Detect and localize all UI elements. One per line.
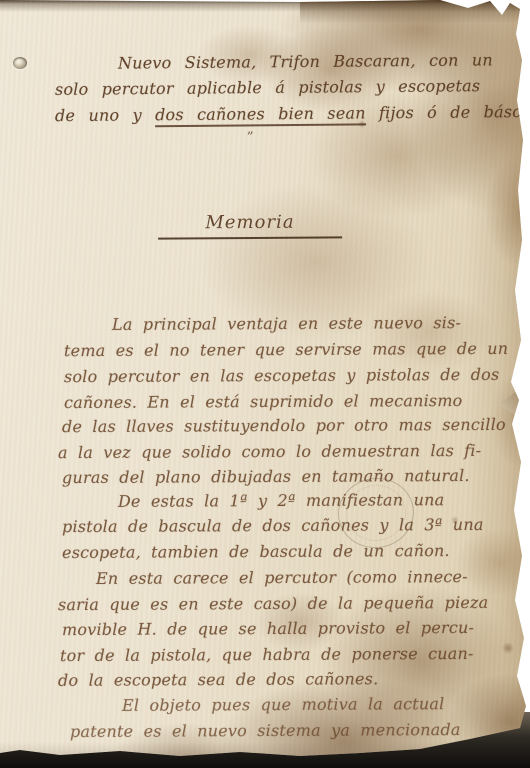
heading-line-3-pre: de uno y bbox=[55, 105, 155, 125]
body-line: escopeta, tambien de bascula de un cañon… bbox=[62, 541, 450, 562]
body-line: cañones. En el está suprimido el mecanis… bbox=[64, 391, 463, 412]
body-line: de las llaves sustituyendolo por otro ma… bbox=[62, 415, 506, 436]
heading-line-3-post: fijos ó de báscula bbox=[366, 102, 530, 123]
ditto-mark: „ bbox=[247, 122, 254, 137]
paper-top-right-stain bbox=[300, 0, 530, 26]
body-line: En esta carece el percutor (como innece- bbox=[96, 567, 468, 588]
heading-line-1: Nuevo Sistema, Trifon Bascaran, con un bbox=[118, 50, 493, 72]
punch-hole bbox=[13, 57, 27, 69]
body-line: do la escopeta sea de dos cañones. bbox=[58, 669, 378, 690]
body-line: El objeto pues que motiva la actual bbox=[122, 694, 445, 715]
scanned-manuscript-page: Nuevo Sistema, Trifon Bascaran, con un s… bbox=[0, 0, 530, 768]
body-line: a la vez que solido como lo demuestran l… bbox=[58, 441, 481, 462]
body-line: De estas la 1ª y 2ª manifiestan una bbox=[118, 490, 444, 511]
heading-line-2: solo percutor aplicable á pistolas y esc… bbox=[55, 76, 480, 99]
body-line: saria que es en este caso) de la pequeña… bbox=[58, 593, 488, 614]
body-line: pistola de bascula de dos cañones y la 3… bbox=[62, 515, 484, 536]
body-line: tor de la pistola, que habra de ponerse … bbox=[60, 644, 474, 665]
manuscript-paper: Nuevo Sistema, Trifon Bascaran, con un s… bbox=[0, 0, 530, 768]
body-line: patente es el nuevo sistema ya mencionad… bbox=[70, 720, 461, 741]
body-line: solo percutor en las escopetas y pistola… bbox=[64, 365, 499, 386]
page-title: Memoria bbox=[158, 211, 342, 239]
body-line: La principal ventaja en este nuevo sis- bbox=[112, 313, 461, 334]
body-line: guras del plano dibujadas en tamaño natu… bbox=[62, 466, 470, 487]
body-line: tema es el no tener que servirse mas que… bbox=[64, 339, 508, 360]
body-line: movible H. de que se halla provisto el p… bbox=[62, 618, 474, 639]
heading-line-3-underlined: dos cañones bien sean bbox=[155, 103, 366, 127]
